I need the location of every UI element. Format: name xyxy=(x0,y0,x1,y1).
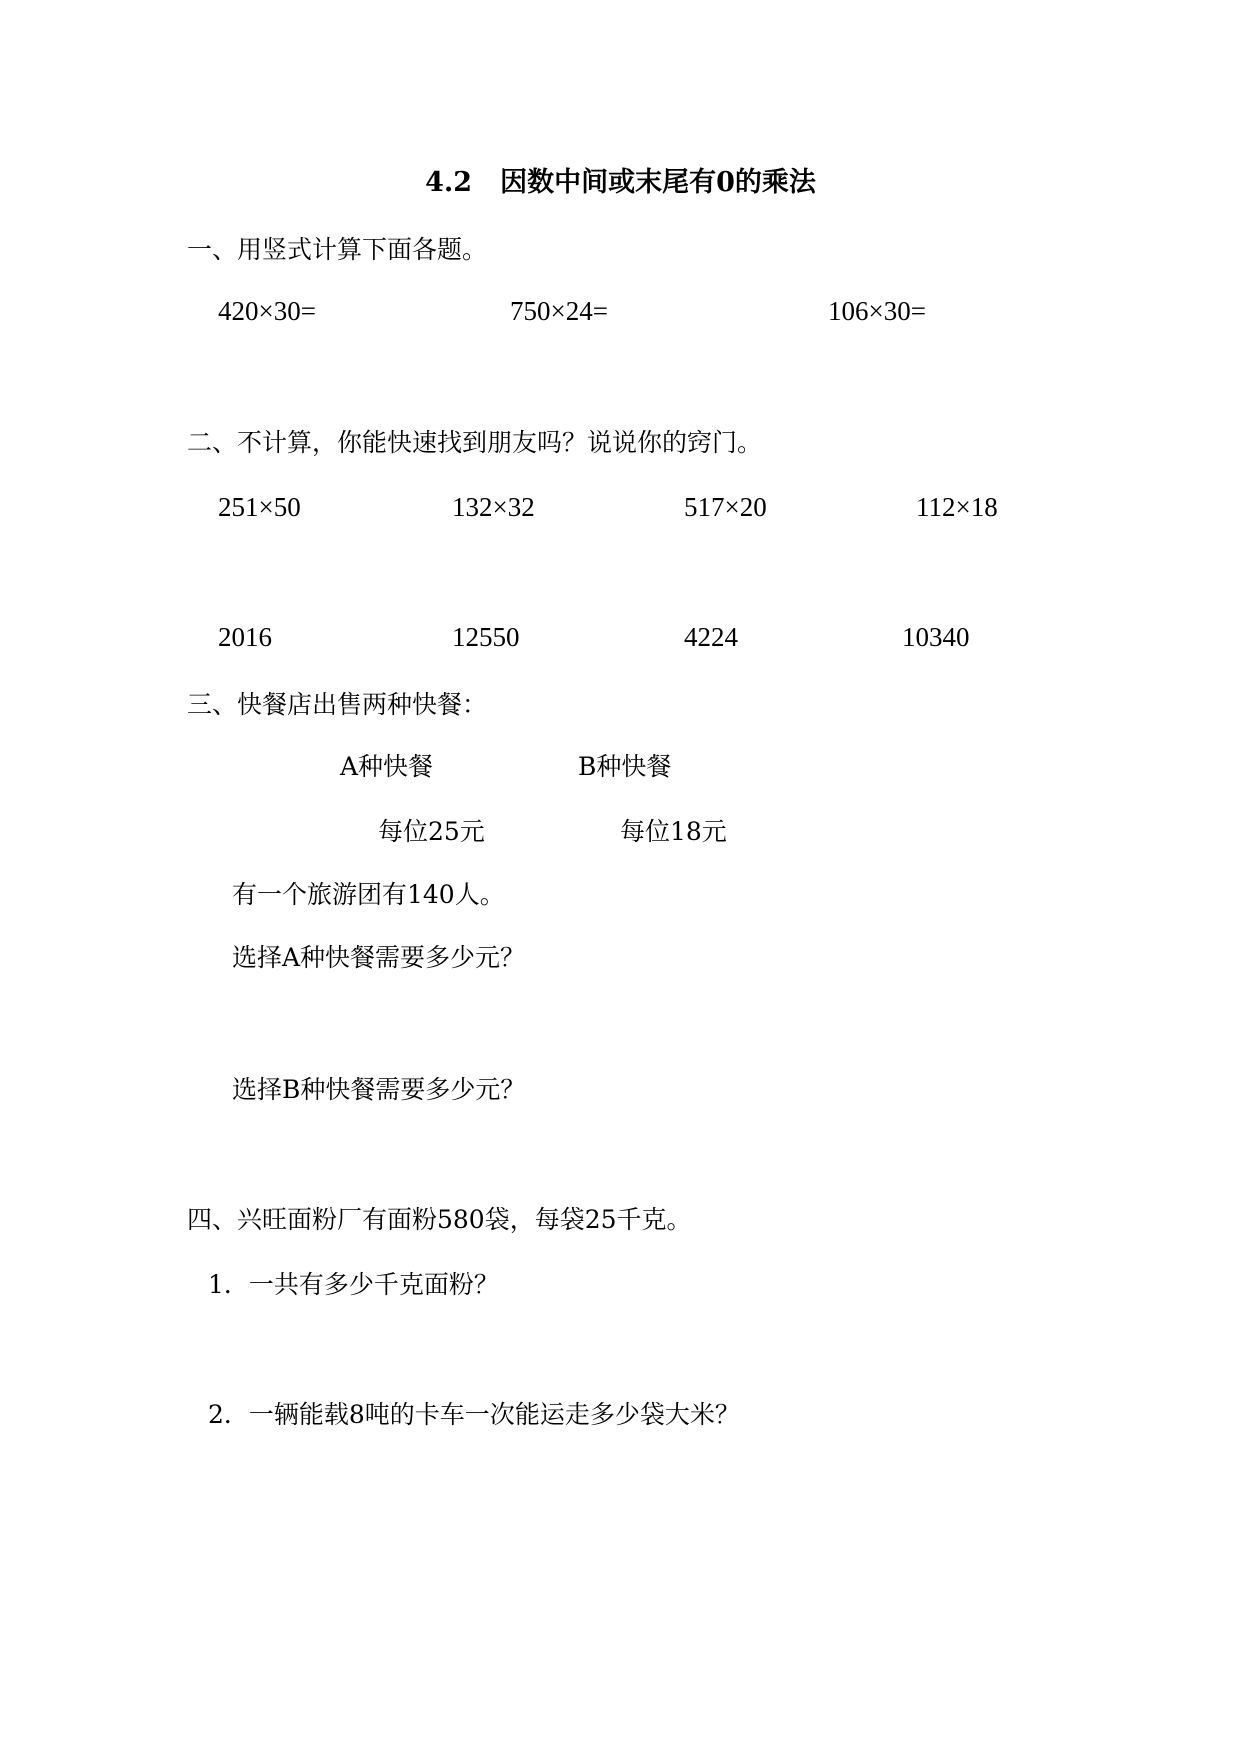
section2-result-1: 2016 xyxy=(218,622,272,652)
option-a-price: 每位25元 xyxy=(378,817,485,847)
section2-result-2: 12550 xyxy=(452,622,520,652)
section1-problem-2: 750×24= xyxy=(510,296,608,326)
option-b-name: B种快餐 xyxy=(578,752,671,782)
section2-expression-4: 112×18 xyxy=(916,492,998,522)
section4-question-1: 1．一共有多少千克面粉？ xyxy=(208,1270,499,1300)
option-b-price: 每位18元 xyxy=(620,817,727,847)
section1-problem-1: 420×30= xyxy=(218,296,316,326)
section3-context: 有一个旅游团有140人。 xyxy=(232,880,505,910)
title-text: 因数中间或末尾有0的乘法 xyxy=(500,167,816,198)
title-number: 4.2 xyxy=(425,167,472,198)
section4-question-2: 2．一辆能载8吨的卡车一次能运走多少袋大米？ xyxy=(208,1400,740,1430)
section3-heading: 三、快餐店出售两种快餐： xyxy=(187,690,487,720)
option-a-name: A种快餐 xyxy=(340,752,433,782)
section2-heading: 二、不计算，你能快速找到朋友吗？说说你的窍门。 xyxy=(187,428,762,458)
section2-expression-2: 132×32 xyxy=(452,492,535,522)
section2-result-3: 4224 xyxy=(684,622,738,652)
page-title: 4.2因数中间或末尾有0的乘法 xyxy=(0,168,1241,198)
section2-expression-1: 251×50 xyxy=(218,492,301,522)
section3-question-b: 选择B种快餐需要多少元？ xyxy=(232,1075,525,1105)
section1-problem-3: 106×30= xyxy=(828,296,926,326)
section4-heading: 四、兴旺面粉厂有面粉580袋，每袋25千克。 xyxy=(187,1205,692,1235)
section2-result-4: 10340 xyxy=(902,622,970,652)
section3-question-a: 选择A种快餐需要多少元？ xyxy=(232,943,525,973)
section2-expression-3: 517×20 xyxy=(684,492,767,522)
section1-heading: 一、用竖式计算下面各题。 xyxy=(187,235,487,265)
